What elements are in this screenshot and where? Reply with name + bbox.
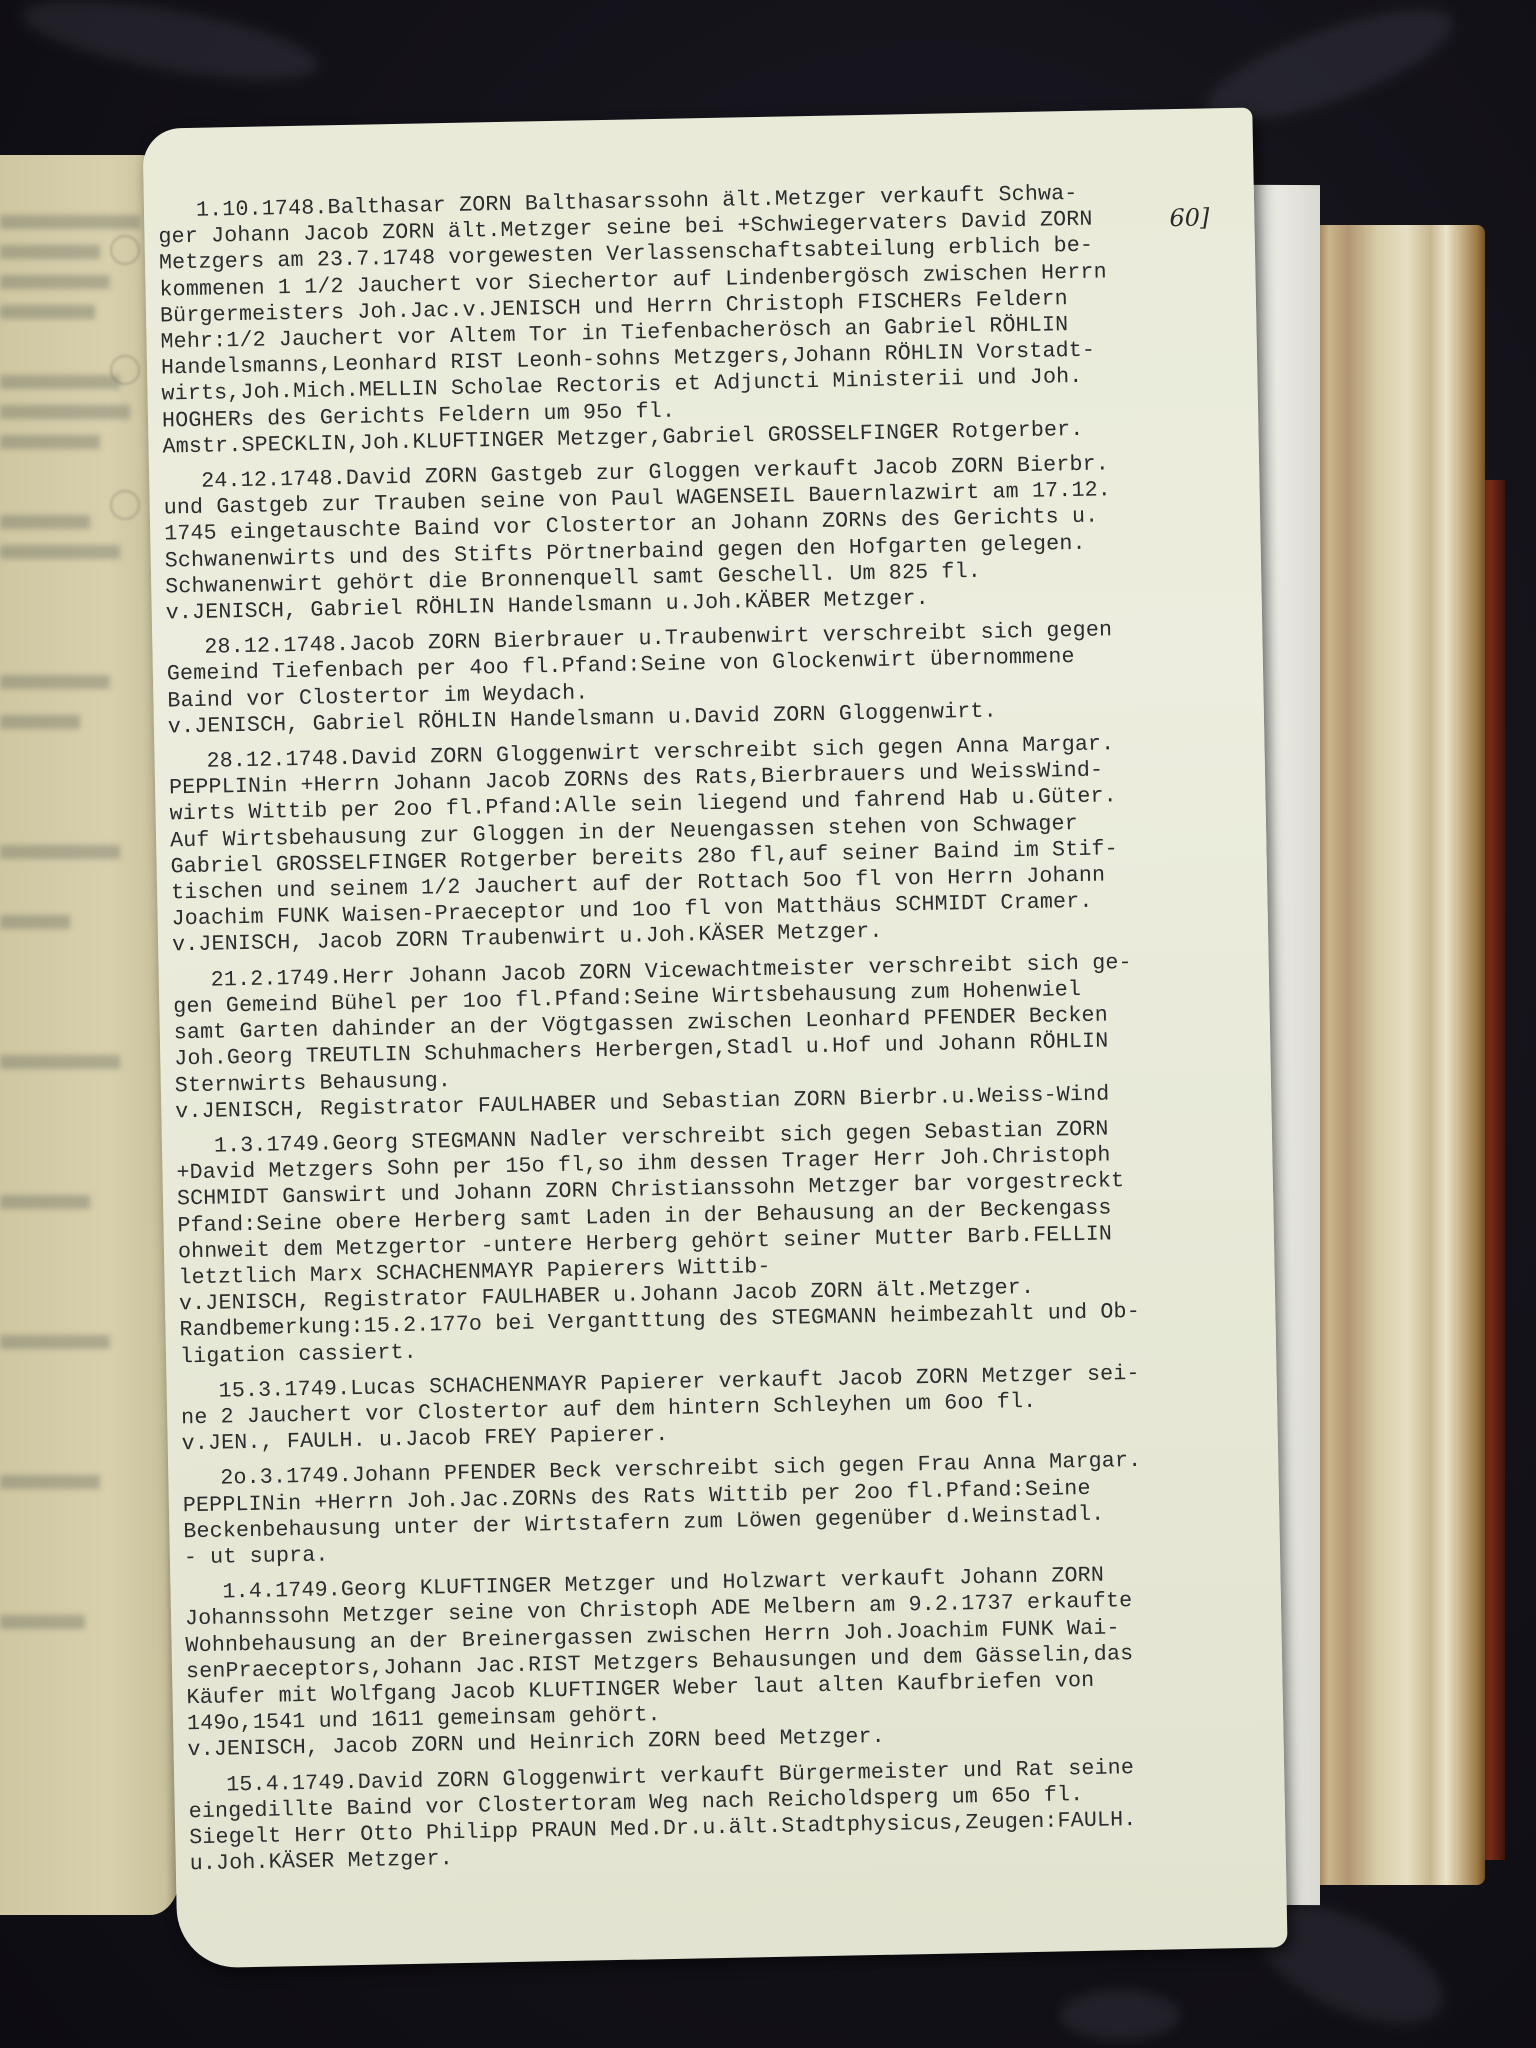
document-entries: 1.10.1748.Balthasar ZORN Balthasarssohn …: [158, 178, 1246, 1886]
background-fabric-streak: [17, 0, 323, 96]
entry-1749-02-21: 21.2.1749.Herr Johann Jacob ZORN Vicewac…: [173, 948, 1232, 1125]
entry-1748-10-01: 1.10.1748.Balthasar ZORN Balthasarssohn …: [158, 178, 1219, 460]
entry-1749-04-01: 1.4.1749.Georg KLUFTINGER Metzger und Ho…: [184, 1560, 1243, 1764]
entry-1749-03-01: 1.3.1749.Georg STEGMANN Nadler verschrei…: [176, 1114, 1236, 1370]
entry-1748-12-24: 24.12.1748.David ZORN Gastgeb zur Glogge…: [163, 449, 1222, 626]
background-fabric-streak: [1060, 1990, 1180, 2040]
entry-1749-03-15: 15.3.1749.Lucas SCHACHENMAYR Papierer ve…: [180, 1359, 1237, 1458]
entry-1748-12-28-a: 28.12.1748.Jacob ZORN Bierbrauer u.Traub…: [166, 615, 1224, 740]
typed-document-page: 60] 1.10.1748.Balthasar ZORN Balthasarss…: [142, 108, 1287, 1969]
entry-1749-04-15: 15.4.1749.David ZORN Gloggenwirt verkauf…: [188, 1753, 1246, 1878]
entry-1749-03-20: 2o.3.1749.Johann PFENDER Beck verschreib…: [182, 1446, 1240, 1571]
entry-1748-12-28-b: 28.12.1748.David ZORN Gloggenwirt versch…: [168, 729, 1228, 959]
